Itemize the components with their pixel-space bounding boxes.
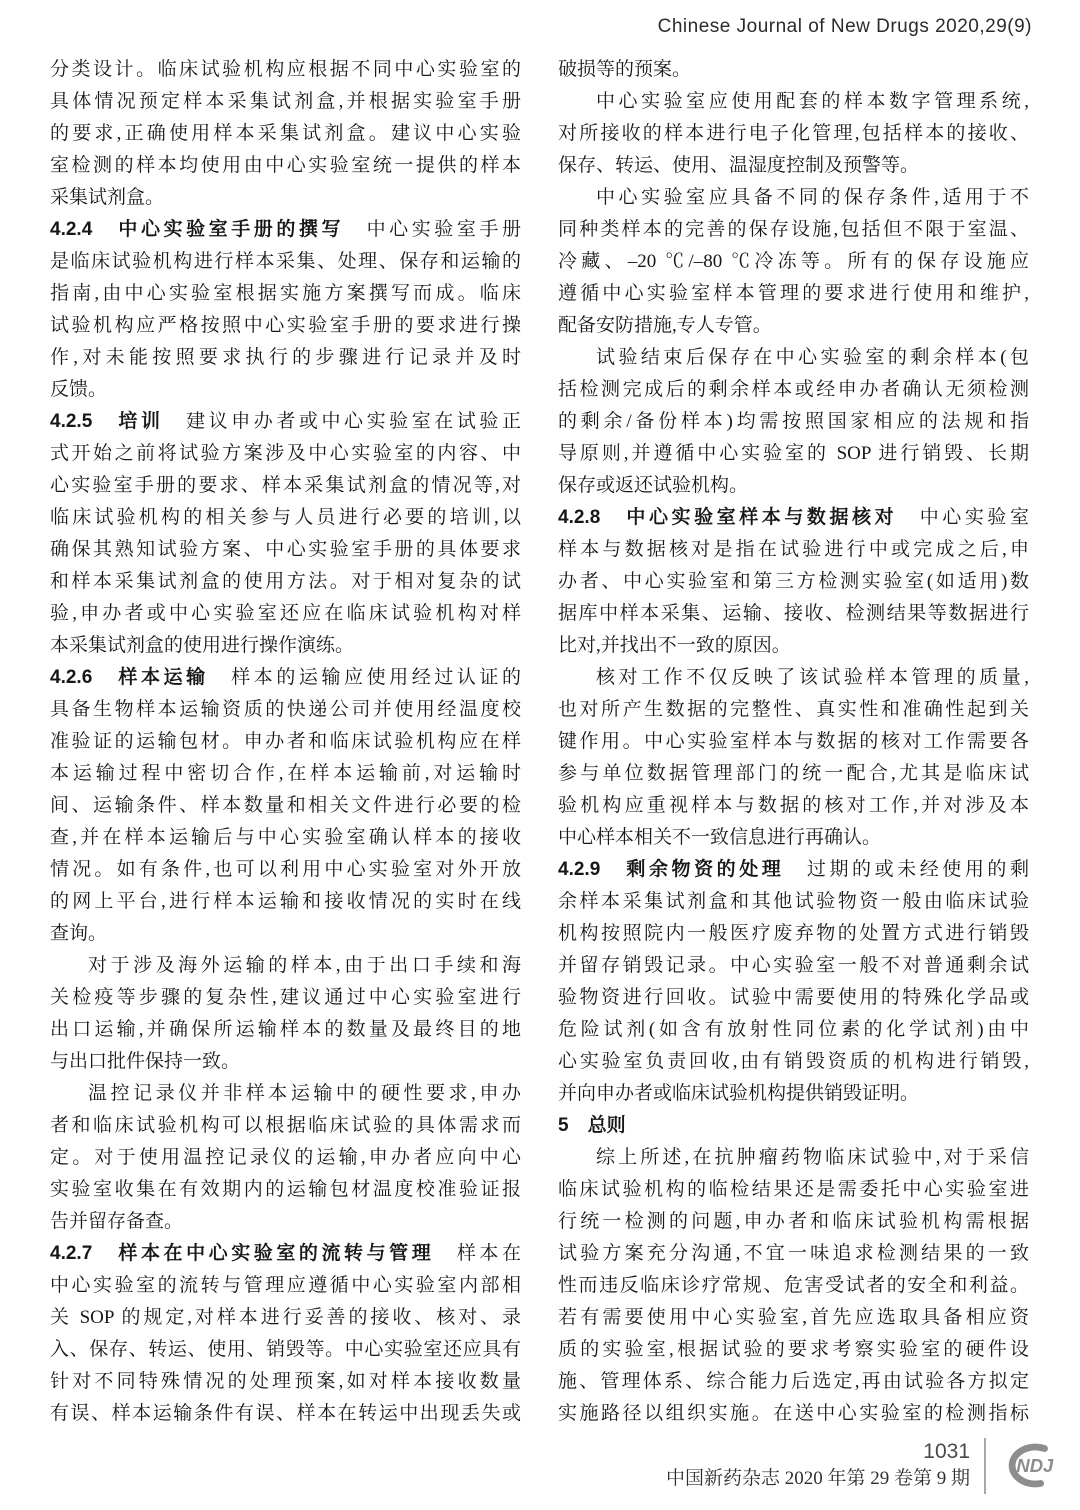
body-text: 心实验室负责回收,由有销毁资质的机构进行销毁, — [558, 1051, 1029, 1072]
text-line: 本采集试剂盒的使用进行操作演练。 — [50, 630, 521, 662]
body-text: 冷藏、–20 ℃/–80 ℃冷冻等。所有的保存设施应 — [558, 251, 1029, 272]
text-line: 反馈。 — [50, 374, 521, 406]
body-text: 样本与数据核对是指在试验进行中或完成之后,申 — [558, 539, 1029, 560]
body-text: 作,对未能按照要求执行的步骤进行记录并及时 — [50, 347, 521, 368]
body-text: 核对工作不仅反映了该试验样本管理的质量, — [596, 667, 1029, 688]
text-line: 间、运输条件、样本数量和相关文件进行必要的检 — [50, 790, 521, 822]
text-line: 心实验室手册的要求、样本采集试剂盒的情况等,对 — [50, 470, 521, 502]
text-line: 验机构应重视样本与数据的核对工作,并对涉及本 — [558, 790, 1029, 822]
body-text: 综上所述,在抗肿瘤药物临床试验中,对于采信 — [596, 1147, 1029, 1168]
text-line: 若有需要使用中心实验室,首先应选取具备相应资 — [558, 1302, 1029, 1334]
text-line: 并留存销毁记录。中心实验室一般不对普通剩余试 — [558, 950, 1029, 982]
body-text: 验机构应重视样本与数据的核对工作,并对涉及本 — [558, 795, 1029, 816]
text-line: 查询。 — [50, 918, 521, 950]
body-text: 中心实验室应使用配套的样本数字管理系统, — [596, 91, 1029, 112]
article-column-right: 破损等的预案。中心实验室应使用配套的样本数字管理系统,对所接收的样本进行电子化管… — [558, 54, 1029, 1430]
body-text: 和样本采集试剂盒的使用方法。对于相对复杂的试 — [50, 571, 521, 592]
text-line: 告并留存备查。 — [50, 1206, 521, 1238]
body-text: 准验证的运输包材。申办者和临床试验机构应在样 — [50, 731, 521, 752]
body-text: 据库中样本采集、运输、接收、检测结果等数据进行 — [558, 603, 1029, 624]
body-text: 参与单位数据管理部门的统一配合,尤其是临床试 — [558, 763, 1029, 784]
text-line: 者和临床试验机构可以根据临床试验的具体需求而 — [50, 1110, 521, 1142]
body-text: 查,并在样本运输后与中心实验室确认样本的接收 — [50, 827, 521, 848]
text-line: 确保其熟知试验方案、中心实验室手册的具体要求 — [50, 534, 521, 566]
body-text: 的网上平台,进行样本运输和接收情况的实时在线 — [50, 891, 521, 912]
text-line: 据库中样本采集、运输、接收、检测结果等数据进行 — [558, 598, 1029, 630]
body-text: 试验机构应严格按照中心实验室手册的要求进行操 — [50, 315, 521, 336]
text-line: 查,并在样本运输后与中心实验室确认样本的接收 — [50, 822, 521, 854]
text-line: 入、保存、转运、使用、销毁等。中心实验室还应具有 — [50, 1334, 521, 1366]
text-line: 准验证的运输包材。申办者和临床试验机构应在样 — [50, 726, 521, 758]
journal-logo-icon: NDJ — [996, 1439, 1062, 1493]
text-line: 危险试剂(如含有放射性同位素的化学试剂)由中 — [558, 1014, 1029, 1046]
text-line: 施、管理体系、综合能力后选定,再由试验各方拟定 — [558, 1366, 1029, 1398]
body-text: 对所接收的样本进行电子化管理,包括样本的接收、 — [558, 123, 1029, 144]
footer-text-block: 1031 中国新药杂志 2020 年第 29 卷第 9 期 — [666, 1439, 970, 1493]
section-heading-line: 4.2.8 中心实验室样本与数据核对 中心实验室 — [558, 502, 1029, 534]
text-line: 情况。如有条件,也可以利用中心实验室对外开放 — [50, 854, 521, 886]
header-journal-citation: Chinese Journal of New Drugs 2020,29(9) — [658, 16, 1032, 38]
body-text: 试验结束后保存在中心实验室的剩余样本(包 — [596, 347, 1029, 368]
text-line: 与出口批件保持一致。 — [50, 1046, 521, 1078]
text-line: 机构按照院内一般医疗废弃物的处置方式进行销毁 — [558, 918, 1029, 950]
body-text: 出口运输,并确保所运输样本的数量及最终目的地 — [50, 1019, 521, 1040]
body-text: 实施路径以组织实施。在送中心实验室的检测指标 — [558, 1403, 1029, 1424]
text-line: 余样本采集试剂盒和其他试验物资一般由临床试验 — [558, 886, 1029, 918]
text-line: 保存或返还试验机构。 — [558, 470, 1029, 502]
body-text: 中心实验室手册 — [344, 219, 521, 240]
body-text: 建议申办者或中心实验室在试验正 — [164, 411, 521, 432]
text-line: 有误、样本运输条件有误、样本在转运中出现丢失或 — [50, 1398, 521, 1430]
body-text: 比对,并找出不一致的原因。 — [558, 635, 791, 656]
body-text: 键作用。中心实验室样本与数据的核对工作需要各 — [558, 731, 1029, 752]
text-line: 性而违反临床诊疗常规、危害受试者的安全和利益。 — [558, 1270, 1029, 1302]
body-text: 样本在 — [434, 1243, 521, 1264]
text-line: 破损等的预案。 — [558, 54, 1029, 86]
section-heading-line: 4.2.7 样本在中心实验室的流转与管理 样本在 — [50, 1238, 521, 1270]
text-line: 具体情况预定样本采集试剂盒,并根据实验室手册 — [50, 86, 521, 118]
body-text: 施、管理体系、综合能力后选定,再由试验各方拟定 — [558, 1371, 1029, 1392]
body-text: 配备安防措施,专人专管。 — [558, 315, 772, 336]
body-text: 温控记录仪并非样本运输中的硬性要求,申办 — [88, 1083, 521, 1104]
body-text: 采集试剂盒。 — [50, 187, 164, 208]
text-line: 中心实验室应使用配套的样本数字管理系统, — [558, 86, 1029, 118]
body-text: 本运输过程中密切合作,在样本运输前,对运输时 — [50, 763, 521, 784]
text-line: 中心实验室应具备不同的保存条件,适用于不 — [558, 182, 1029, 214]
journal-logo-letters: NDJ — [1016, 1455, 1054, 1476]
body-text: 样本的运输应使用经过认证的 — [209, 667, 521, 688]
body-text: 危险试剂(如含有放射性同位素的化学试剂)由中 — [558, 1019, 1029, 1040]
body-text: 室检测的样本均使用由中心实验室统一提供的样本 — [50, 155, 521, 176]
text-line: 行统一检测的问题,申办者和临床试验机构需根据 — [558, 1206, 1029, 1238]
body-text: 有误、样本运输条件有误、样本在转运中出现丢失或 — [50, 1403, 521, 1424]
body-text: 验物资进行回收。试验中需要使用的特殊化学品或 — [558, 987, 1029, 1008]
body-text: 破损等的预案。 — [558, 59, 691, 80]
body-text: 同种类样本的完善的保存设施,包括但不限于室温、 — [558, 219, 1029, 240]
text-line: 质的实验室,根据试验的要求考察实验室的硬件设 — [558, 1334, 1029, 1366]
text-line: 验物资进行回收。试验中需要使用的特殊化学品或 — [558, 982, 1029, 1014]
article-body: 分类设计。临床试验机构应根据不同中心实验室的具体情况预定样本采集试剂盒,并根据实… — [50, 54, 1029, 1430]
body-text: 与出口批件保持一致。 — [50, 1051, 240, 1072]
body-text: 中心实验室的流转与管理应遵循中心实验室内部相 — [50, 1275, 521, 1296]
text-line: 键作用。中心实验室样本与数据的核对工作需要各 — [558, 726, 1029, 758]
section-heading-text: 4.2.5 培训 — [50, 411, 164, 432]
text-line: 临床试验机构的临检结果还是需委托中心实验室进 — [558, 1174, 1029, 1206]
body-text: 质的实验室,根据试验的要求考察实验室的硬件设 — [558, 1339, 1029, 1360]
body-text: 并向申办者或临床试验机构提供销毁证明。 — [558, 1083, 919, 1104]
body-text: 针对不同特殊情况的处理预案,如对样本接收数量 — [50, 1371, 521, 1392]
body-text: 余样本采集试剂盒和其他试验物资一般由临床试验 — [558, 891, 1029, 912]
body-text: 实验室收集在有效期内的运输包材温度校准验证报 — [50, 1179, 521, 1200]
body-text: 行统一检测的问题,申办者和临床试验机构需根据 — [558, 1211, 1029, 1232]
body-text: 保存、转运、使用、温湿度控制及预警等。 — [558, 155, 919, 176]
body-text: 机构按照院内一般医疗废弃物的处置方式进行销毁 — [558, 923, 1029, 944]
article-column-left: 分类设计。临床试验机构应根据不同中心实验室的具体情况预定样本采集试剂盒,并根据实… — [50, 54, 521, 1430]
text-line: 关检疫等步骤的复杂性,建议通过中心实验室进行 — [50, 982, 521, 1014]
text-line: 临床试验机构的相关参与人员进行必要的培训,以 — [50, 502, 521, 534]
text-line: 定。对于使用温控记录仪的运输,申办者应向中心 — [50, 1142, 521, 1174]
journal-name-cn: 中国新药杂志 2020 年第 29 卷第 9 期 — [666, 1465, 970, 1493]
text-line: 具备生物样本运输资质的快递公司并使用经温度校 — [50, 694, 521, 726]
text-line: 分类设计。临床试验机构应根据不同中心实验室的 — [50, 54, 521, 86]
body-text: 保存或返还试验机构。 — [558, 475, 748, 496]
section-heading-text: 4.2.6 样本运输 — [50, 667, 209, 688]
body-text: 具备生物样本运输资质的快递公司并使用经温度校 — [50, 699, 521, 720]
text-line: 括检测完成后的剩余样本或经申办者确认无须检测 — [558, 374, 1029, 406]
section-heading-line: 5 总则 — [558, 1110, 1029, 1142]
section-heading-line: 4.2.6 样本运输 样本的运输应使用经过认证的 — [50, 662, 521, 694]
text-line: 的要求,正确使用样本采集试剂盒。建议中心实验 — [50, 118, 521, 150]
body-text: 中心实验室 — [897, 507, 1029, 528]
body-text: 关 SOP 的规定,对样本进行妥善的接收、核对、录 — [50, 1307, 521, 1328]
body-text: 遵循中心实验室样本管理的要求进行使用和维护, — [558, 283, 1029, 304]
text-line: 导原则,并遵循中心实验室的 SOP 进行销毁、长期 — [558, 438, 1029, 470]
section-heading-text: 4.2.9 剩余物资的处理 — [558, 859, 784, 880]
body-text: 也对所产生数据的完整性、真实性和准确性起到关 — [558, 699, 1029, 720]
body-text: 导原则,并遵循中心实验室的 SOP 进行销毁、长期 — [558, 443, 1029, 464]
body-text: 本采集试剂盒的使用进行操作演练。 — [50, 635, 354, 656]
body-text: 临床试验机构的临检结果还是需委托中心实验室进 — [558, 1179, 1029, 1200]
text-line: 对所接收的样本进行电子化管理,包括样本的接收、 — [558, 118, 1029, 150]
text-line: 作,对未能按照要求执行的步骤进行记录并及时 — [50, 342, 521, 374]
text-line: 样本与数据核对是指在试验进行中或完成之后,申 — [558, 534, 1029, 566]
body-text: 办者、中心实验室和第三方检测实验室(如适用)数 — [558, 571, 1029, 592]
text-line: 本运输过程中密切合作,在样本运输前,对运输时 — [50, 758, 521, 790]
text-line: 配备安防措施,专人专管。 — [558, 310, 1029, 342]
text-line: 温控记录仪并非样本运输中的硬性要求,申办 — [50, 1078, 521, 1110]
section-heading-text: 4.2.8 中心实验室样本与数据核对 — [558, 507, 897, 528]
body-text: 分类设计。临床试验机构应根据不同中心实验室的 — [50, 59, 521, 80]
text-line: 指南,由中心实验室根据实施方案撰写而成。临床 — [50, 278, 521, 310]
text-line: 同种类样本的完善的保存设施,包括但不限于室温、 — [558, 214, 1029, 246]
body-text: 确保其熟知试验方案、中心实验室手册的具体要求 — [50, 539, 521, 560]
text-line: 和样本采集试剂盒的使用方法。对于相对复杂的试 — [50, 566, 521, 598]
body-text: 者和临床试验机构可以根据临床试验的具体需求而 — [50, 1115, 521, 1136]
section-heading-text: 4.2.4 中心实验室手册的撰写 — [50, 219, 344, 240]
text-line: 室检测的样本均使用由中心实验室统一提供的样本 — [50, 150, 521, 182]
body-text: 对于涉及海外运输的样本,由于出口手续和海 — [88, 955, 521, 976]
text-line: 比对,并找出不一致的原因。 — [558, 630, 1029, 662]
body-text: 若有需要使用中心实验室,首先应选取具备相应资 — [558, 1307, 1029, 1328]
text-line: 验,申办者或中心实验室还应在临床试验机构对样 — [50, 598, 521, 630]
footer-divider — [984, 1438, 986, 1494]
text-line: 保存、转运、使用、温湿度控制及预警等。 — [558, 150, 1029, 182]
text-line: 遵循中心实验室样本管理的要求进行使用和维护, — [558, 278, 1029, 310]
body-text: 是临床试验机构进行样本采集、处理、保存和运输的 — [50, 251, 521, 272]
body-text: 过期的或未经使用的剩 — [784, 859, 1029, 880]
text-line: 中心样本相关不一致信息进行再确认。 — [558, 822, 1029, 854]
body-text: 关检疫等步骤的复杂性,建议通过中心实验室进行 — [50, 987, 521, 1008]
body-text: 试验方案充分沟通,不宜一味追求检测结果的一致 — [558, 1243, 1029, 1264]
text-line: 试验方案充分沟通,不宜一味追求检测结果的一致 — [558, 1238, 1029, 1270]
text-line: 中心实验室的流转与管理应遵循中心实验室内部相 — [50, 1270, 521, 1302]
body-text: 反馈。 — [50, 379, 107, 400]
text-line: 试验结束后保存在中心实验室的剩余样本(包 — [558, 342, 1029, 374]
body-text: 心实验室手册的要求、样本采集试剂盒的情况等,对 — [50, 475, 521, 496]
text-line: 是临床试验机构进行样本采集、处理、保存和运输的 — [50, 246, 521, 278]
body-text: 间、运输条件、样本数量和相关文件进行必要的检 — [50, 795, 521, 816]
body-text: 式开始之前将试验方案涉及中心实验室的内容、中 — [50, 443, 521, 464]
body-text: 性而违反临床诊疗常规、危害受试者的安全和利益。 — [558, 1275, 1029, 1296]
text-line: 针对不同特殊情况的处理预案,如对样本接收数量 — [50, 1366, 521, 1398]
body-text: 查询。 — [50, 923, 107, 944]
text-line: 并向申办者或临床试验机构提供销毁证明。 — [558, 1078, 1029, 1110]
text-line: 试验机构应严格按照中心实验室手册的要求进行操 — [50, 310, 521, 342]
body-text: 中心样本相关不一致信息进行再确认。 — [558, 827, 881, 848]
text-line: 心实验室负责回收,由有销毁资质的机构进行销毁, — [558, 1046, 1029, 1078]
text-line: 综上所述,在抗肿瘤药物临床试验中,对于采信 — [558, 1142, 1029, 1174]
text-line: 关 SOP 的规定,对样本进行妥善的接收、核对、录 — [50, 1302, 521, 1334]
body-text: 情况。如有条件,也可以利用中心实验室对外开放 — [50, 859, 521, 880]
text-line: 参与单位数据管理部门的统一配合,尤其是临床试 — [558, 758, 1029, 790]
text-line: 冷藏、–20 ℃/–80 ℃冷冻等。所有的保存设施应 — [558, 246, 1029, 278]
body-text: 定。对于使用温控记录仪的运输,申办者应向中心 — [50, 1147, 521, 1168]
text-line: 核对工作不仅反映了该试验样本管理的质量, — [558, 662, 1029, 694]
text-line: 出口运输,并确保所运输样本的数量及最终目的地 — [50, 1014, 521, 1046]
section-heading-text: 5 总则 — [558, 1115, 626, 1136]
text-line: 办者、中心实验室和第三方检测实验室(如适用)数 — [558, 566, 1029, 598]
body-text: 验,申办者或中心实验室还应在临床试验机构对样 — [50, 603, 521, 624]
section-heading-line: 4.2.9 剩余物资的处理 过期的或未经使用的剩 — [558, 854, 1029, 886]
page-number: 1031 — [666, 1439, 970, 1465]
body-text: 的剩余/备份样本)均需按照国家相应的法规和指 — [558, 411, 1029, 432]
text-line: 的剩余/备份样本)均需按照国家相应的法规和指 — [558, 406, 1029, 438]
text-line: 实施路径以组织实施。在送中心实验室的检测指标 — [558, 1398, 1029, 1430]
body-text: 入、保存、转运、使用、销毁等。中心实验室还应具有 — [50, 1339, 521, 1360]
body-text: 指南,由中心实验室根据实施方案撰写而成。临床 — [50, 283, 521, 304]
section-heading-line: 4.2.5 培训 建议申办者或中心实验室在试验正 — [50, 406, 521, 438]
text-line: 实验室收集在有效期内的运输包材温度校准验证报 — [50, 1174, 521, 1206]
body-text: 并留存销毁记录。中心实验室一般不对普通剩余试 — [558, 955, 1029, 976]
body-text: 告并留存备查。 — [50, 1211, 183, 1232]
section-heading-line: 4.2.4 中心实验室手册的撰写 中心实验室手册 — [50, 214, 521, 246]
page-footer: 1031 中国新药杂志 2020 年第 29 卷第 9 期 NDJ — [666, 1438, 1062, 1494]
body-text: 括检测完成后的剩余样本或经申办者确认无须检测 — [558, 379, 1029, 400]
text-line: 采集试剂盒。 — [50, 182, 521, 214]
body-text: 具体情况预定样本采集试剂盒,并根据实验室手册 — [50, 91, 521, 112]
body-text: 中心实验室应具备不同的保存条件,适用于不 — [596, 187, 1029, 208]
body-text: 临床试验机构的相关参与人员进行必要的培训,以 — [50, 507, 521, 528]
section-heading-text: 4.2.7 样本在中心实验室的流转与管理 — [50, 1243, 434, 1264]
text-line: 的网上平台,进行样本运输和接收情况的实时在线 — [50, 886, 521, 918]
text-line: 对于涉及海外运输的样本,由于出口手续和海 — [50, 950, 521, 982]
body-text: 的要求,正确使用样本采集试剂盒。建议中心实验 — [50, 123, 521, 144]
text-line: 式开始之前将试验方案涉及中心实验室的内容、中 — [50, 438, 521, 470]
text-line: 也对所产生数据的完整性、真实性和准确性起到关 — [558, 694, 1029, 726]
